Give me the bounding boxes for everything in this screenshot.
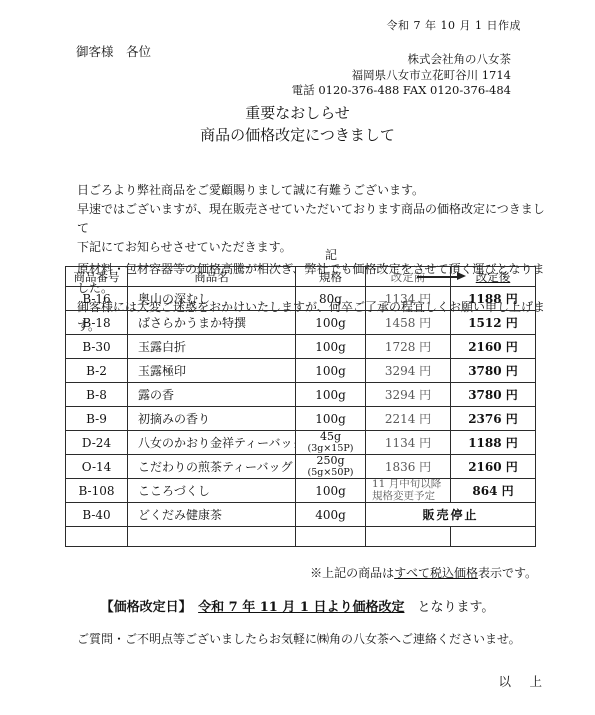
cell-after-price: 864 円	[451, 479, 536, 503]
cell-code: B-18	[66, 311, 128, 335]
cell-spec: 100g	[296, 311, 366, 335]
cell-code: B-16	[66, 287, 128, 311]
cell-before-note: 11 月中旬以降規格変更予定	[366, 479, 451, 503]
cell-after-price: 3780 円	[451, 383, 536, 407]
cell-after-price	[451, 527, 536, 547]
cell-product-name: こだわりの煎茶ティーバッグ	[128, 455, 296, 479]
cell-product-name: 八女のかおり金祥ティーバッグ	[128, 431, 296, 455]
cell-spec: 100g	[296, 407, 366, 431]
cell-code	[66, 527, 128, 547]
cell-spec: 100g	[296, 479, 366, 503]
cell-product-name: こころづくし	[128, 479, 296, 503]
company-address: 福岡県八女市立花町谷川 1714	[292, 68, 511, 84]
table-row: B-30 玉露白折 100g 1728 円 2160 円	[66, 335, 536, 359]
cell-code: D-24	[66, 431, 128, 455]
cell-before-price: 1134 円	[366, 287, 451, 311]
cell-before-price: 3294 円	[366, 383, 451, 407]
header-product-code: 商品番号	[66, 267, 128, 287]
cell-spec: 100g	[296, 383, 366, 407]
table-row: D-24 八女のかおり金祥ティーバッグ 45g(3g×15P) 1134 円 1…	[66, 431, 536, 455]
table-row: B-9 初摘みの香り 100g 2214 円 2376 円	[66, 407, 536, 431]
company-contact: 電話 0120-376-488 FAX 0120-376-484	[292, 83, 511, 99]
cell-discontinued: 販売停止	[366, 503, 536, 527]
cell-code: B-2	[66, 359, 128, 383]
cell-after-price: 3780 円	[451, 359, 536, 383]
cell-after-price: 1188 円	[451, 287, 536, 311]
cell-before-price: 3294 円	[366, 359, 451, 383]
cell-spec: 400g	[296, 503, 366, 527]
cell-product-name: 玉露白折	[128, 335, 296, 359]
cell-code: B-40	[66, 503, 128, 527]
cell-after-price: 1188 円	[451, 431, 536, 455]
cell-code: B-8	[66, 383, 128, 407]
cell-product-name: ばさらかうまか特撰	[128, 311, 296, 335]
cell-after-price: 2376 円	[451, 407, 536, 431]
cell-before-price: 2214 円	[366, 407, 451, 431]
cell-code: B-108	[66, 479, 128, 503]
cell-code: O-14	[66, 455, 128, 479]
table-row	[66, 527, 536, 547]
cell-spec: 45g(3g×15P)	[296, 431, 366, 455]
closing: 以 上	[498, 672, 545, 690]
title-line-2: 商品の価格改定につきまして	[0, 124, 595, 146]
cell-before-price	[366, 527, 451, 547]
body-line: 日ごろより弊社商品をご愛顧賜りまして誠に有難うございます。	[77, 181, 555, 200]
cell-spec	[296, 527, 366, 547]
cell-code: B-9	[66, 407, 128, 431]
company-name: 株式会社角の八女茶	[292, 52, 511, 68]
table-row: B-108 こころづくし 100g 11 月中旬以降規格変更予定 864 円	[66, 479, 536, 503]
title-line-1: 重要なおしらせ	[0, 102, 595, 124]
table-row: O-14 こだわりの煎茶ティーバッグ 250g(5g×50P) 1836 円 2…	[66, 455, 536, 479]
recipient: 御客様 各位	[76, 42, 151, 60]
contact-line: ご質問・ご不明点等ございましたらお気軽に㈱角の八女茶へご連絡くださいませ。	[77, 630, 521, 647]
cell-product-name: 奥山の深むし	[128, 287, 296, 311]
table-row: B-40 どくだみ健康茶 400g 販売停止	[66, 503, 536, 527]
cell-code: B-30	[66, 335, 128, 359]
cell-product-name: どくだみ健康茶	[128, 503, 296, 527]
cell-spec: 250g(5g×50P)	[296, 455, 366, 479]
cell-product-name: 初摘みの香り	[128, 407, 296, 431]
cell-before-price: 1134 円	[366, 431, 451, 455]
cell-spec: 80g	[296, 287, 366, 311]
tax-note: ※上記の商品はすべて税込価格表示です。	[310, 564, 537, 581]
table-row: B-2 玉露極印 100g 3294 円 3780 円	[66, 359, 536, 383]
body-line: 下記にてお知らせさせていただきます。	[77, 238, 555, 257]
cell-before-price: 1836 円	[366, 455, 451, 479]
created-date: 令和 7 年 10 月 1 日作成	[387, 17, 521, 33]
cell-product-name: 露の香	[128, 383, 296, 407]
cell-after-price: 1512 円	[451, 311, 536, 335]
cell-spec: 100g	[296, 335, 366, 359]
cell-spec: 100g	[296, 359, 366, 383]
revision-date-line: 【価格改定日】 令和 7 年 11 月 1 日より価格改定 となります。	[0, 596, 595, 615]
header-product-name: 商品名	[128, 267, 296, 287]
cell-after-price: 2160 円	[451, 335, 536, 359]
cell-before-price: 1458 円	[366, 311, 451, 335]
price-table: 商品番号 商品名 規格 改定前 改定後 B-16 奥山の深むし 80g 1134…	[65, 266, 536, 547]
price-table-wrap: 商品番号 商品名 規格 改定前 改定後 B-16 奥山の深むし 80g 1134…	[65, 266, 535, 547]
cell-product-name: 玉露極印	[128, 359, 296, 383]
cell-before-price: 1728 円	[366, 335, 451, 359]
cell-after-price: 2160 円	[451, 455, 536, 479]
body-line: 早速ではございますが、現在販売させていただいております商品の価格改定につきまして	[77, 200, 555, 238]
table-row: B-16 奥山の深むし 80g 1134 円 1188 円	[66, 287, 536, 311]
company-block: 株式会社角の八女茶 福岡県八女市立花町谷川 1714 電話 0120-376-4…	[292, 52, 511, 99]
document-page: 令和 7 年 10 月 1 日作成 御客様 各位 株式会社角の八女茶 福岡県八女…	[0, 0, 595, 715]
header-spec: 規格	[296, 267, 366, 287]
table-row: B-18 ばさらかうまか特撰 100g 1458 円 1512 円	[66, 311, 536, 335]
cell-product-name	[128, 527, 296, 547]
table-row: B-8 露の香 100g 3294 円 3780 円	[66, 383, 536, 407]
right-arrow-icon	[417, 276, 457, 278]
page-title: 重要なおしらせ 商品の価格改定につきまして	[0, 102, 595, 146]
table-caption: 記	[325, 246, 337, 263]
